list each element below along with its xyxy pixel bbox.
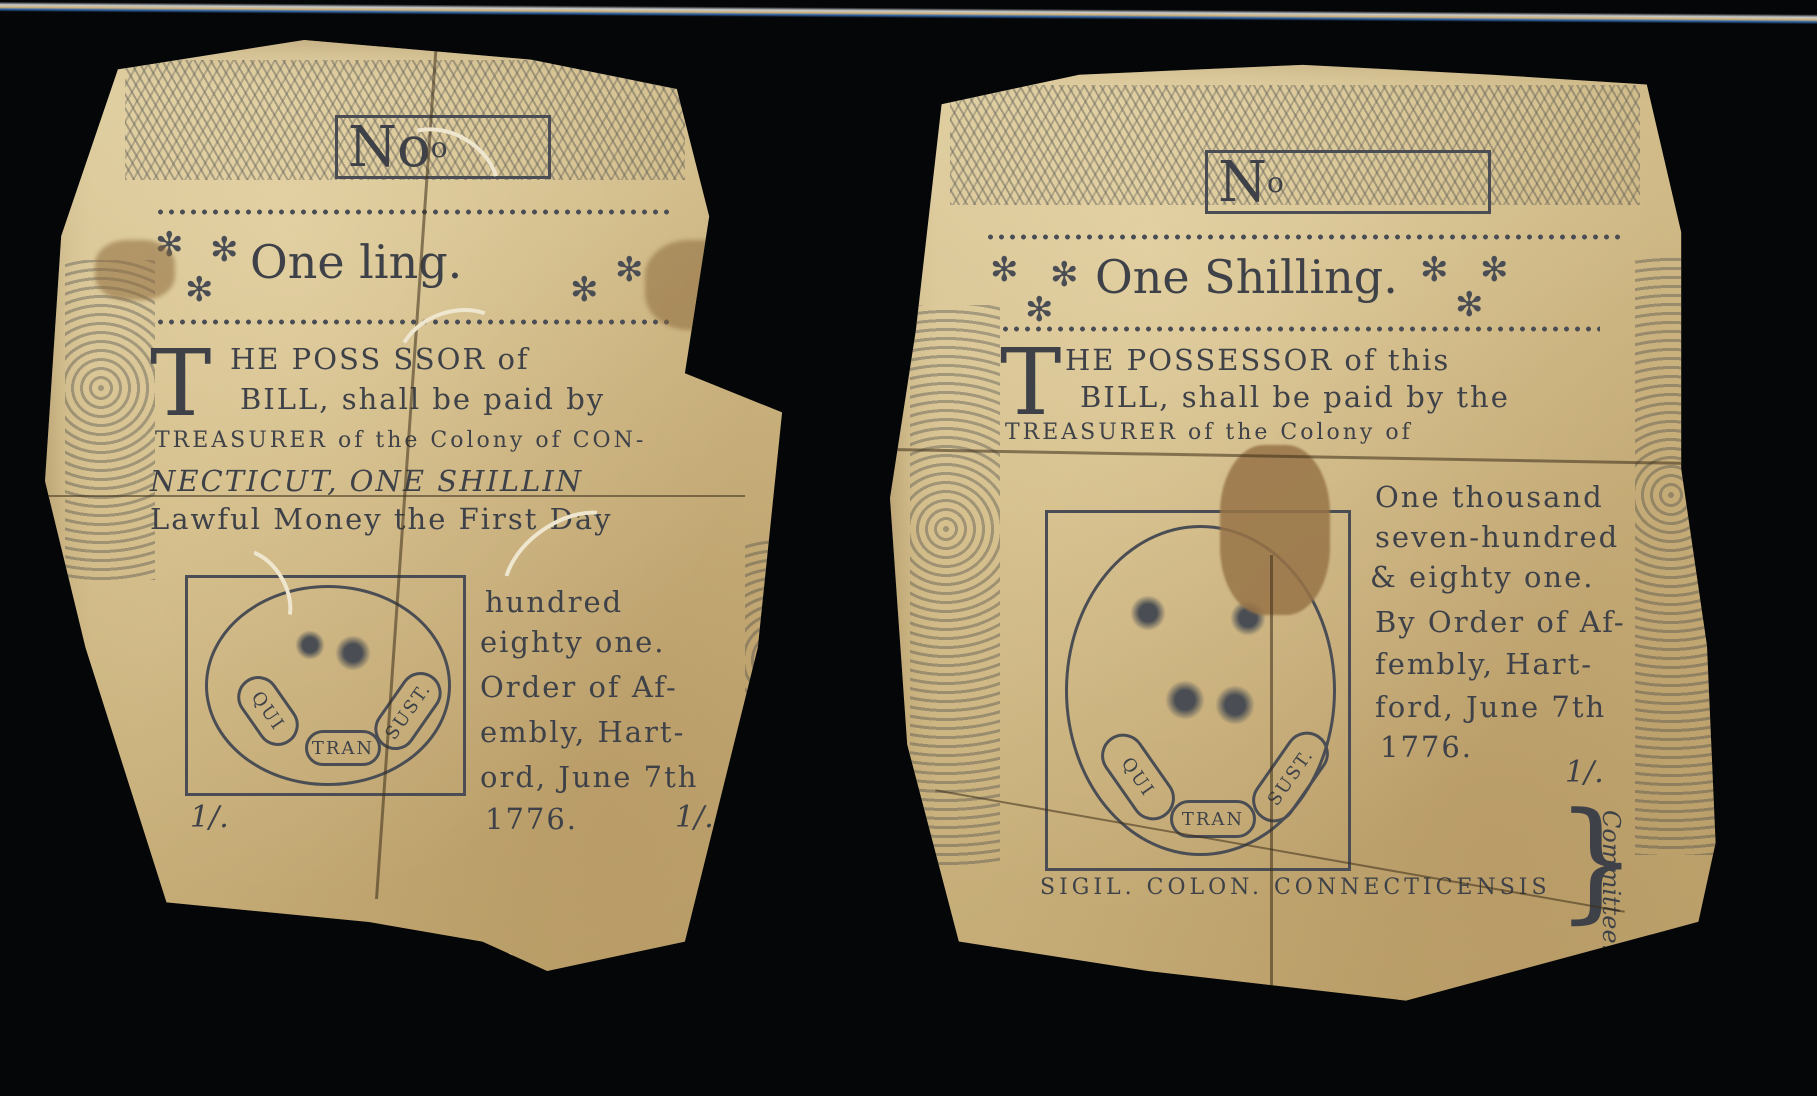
text-line: TREASURER of the Colony of CON- <box>155 428 646 453</box>
text-line: One thousand <box>1375 480 1604 514</box>
text-line: & eighty one. <box>1370 560 1594 594</box>
text-line: HE POSSESSOR of this <box>1065 343 1450 377</box>
side-ornament <box>65 260 155 580</box>
side-ornament <box>910 305 1000 865</box>
grapevine-icon <box>1165 680 1205 720</box>
seal-legend: SIGIL. COLON. CONNECTICENSIS <box>1040 875 1551 900</box>
value-mark: 1/. <box>190 800 229 835</box>
asterisk-ornament: ✻ <box>1480 250 1509 290</box>
motto-scroll-center: TRAN <box>305 730 381 766</box>
asterisk-ornament: ✻ <box>210 230 239 270</box>
asterisk-ornament: ✻ <box>1050 255 1079 295</box>
missing-paper-patch <box>1220 445 1330 615</box>
side-ornament <box>745 540 835 840</box>
grapevine-icon <box>1215 685 1255 725</box>
asterisk-ornament: ✻ <box>185 270 214 310</box>
grapevine-icon <box>1130 595 1166 631</box>
side-ornament <box>1635 255 1725 855</box>
text-line: By Order of Af- <box>1375 605 1626 639</box>
asterisk-ornament: ✻ <box>570 270 599 310</box>
asterisk-ornament: ✻ <box>1455 285 1484 325</box>
dropcap-letter: T <box>150 338 211 430</box>
denomination-text: One Shilling. <box>1095 250 1398 304</box>
value-mark: 1/. <box>675 800 714 835</box>
dropcap-letter: T <box>1000 337 1061 429</box>
text-line: ford, June 7th <box>1375 690 1606 724</box>
date-line: 1776. <box>485 802 578 836</box>
committee-label: Committee. <box>1597 810 1625 951</box>
text-line: NECTICUT, ONE SHILLIN <box>150 464 583 498</box>
text-line: seven-hundred <box>1375 520 1619 554</box>
paper-stain <box>645 240 755 330</box>
text-line: TREASURER of the Colony of <box>1005 420 1413 445</box>
paper-stain <box>95 240 175 300</box>
committee-label: Committee <box>722 840 750 974</box>
asterisk-ornament: ✻ <box>1025 290 1054 330</box>
asterisk-ornament: ✻ <box>990 250 1019 290</box>
asterisk-ornament: ✻ <box>615 250 644 290</box>
grapevine-icon <box>295 630 325 660</box>
dotted-rule <box>1000 325 1600 333</box>
date-line: 1776. <box>1380 730 1473 764</box>
repair-thread <box>395 940 523 1008</box>
dotted-rule <box>985 233 1625 241</box>
text-line: fembly, Hart- <box>1375 647 1593 681</box>
right-shilling-note: No ✻ ✻ ✻ ✻ ✻ ✻ One Shilling. T HE POSSES… <box>890 55 1750 1040</box>
text-line: BILL, shall be paid by the <box>1080 380 1510 414</box>
text-line: eighty one. <box>480 625 665 659</box>
asterisk-ornament: ✻ <box>1420 250 1449 290</box>
left-shilling-note: Noo ✻ ✻ ✻ ✻ ✻ One ling. T HE POSS SSOR o… <box>45 40 855 1020</box>
denomination-text: One ling. <box>250 235 462 289</box>
fold-line <box>45 495 745 497</box>
text-line: ord, June 7th <box>480 760 698 794</box>
serial-number-box: No <box>1205 150 1491 214</box>
tear-line <box>1270 555 1273 1005</box>
text-line: Order of Af- <box>480 670 678 704</box>
grapevine-icon <box>335 635 371 671</box>
plastic-sleeve-edge <box>0 2 1817 25</box>
text-line: embly, Hart- <box>480 715 685 749</box>
